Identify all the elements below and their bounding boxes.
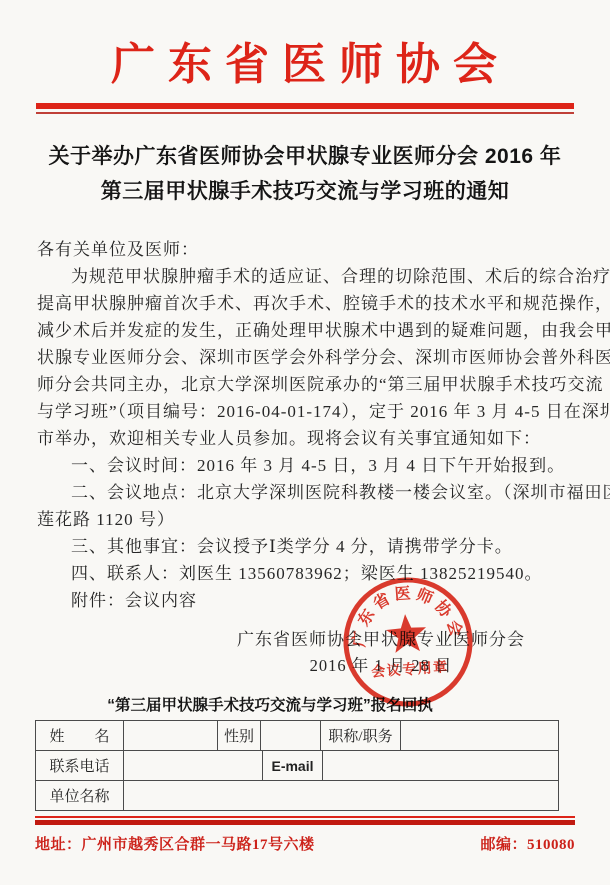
seal-bottom-text: 会议专用章 bbox=[371, 658, 449, 680]
paragraph-line: 师分会共同主办，北京大学深圳医院承办的“第三届甲状腺手术技巧交流 bbox=[37, 371, 573, 398]
table-row: 姓 名 性别 职称/职务 bbox=[36, 721, 558, 750]
title-position-label: 职称/职务 bbox=[321, 721, 401, 750]
name-label: 姓 名 bbox=[36, 721, 124, 750]
name-value-cell bbox=[124, 721, 218, 750]
reply-form-table: 姓 名 性别 职称/职务 联系电话 E-mail 单位名称 bbox=[35, 720, 559, 811]
letterhead-divider bbox=[36, 103, 574, 114]
document-page: 广 东 省 医 师 协 会 关于举办广东省医师协会甲状腺专业医师分会 2016 … bbox=[0, 0, 610, 885]
organization-label: 单位名称 bbox=[36, 781, 124, 810]
footer-thick-line bbox=[35, 820, 575, 825]
page-footer: 地址：广州市越秀区合群一马路17号六楼 邮编：510080 bbox=[35, 816, 575, 854]
list-item-venue-cont: 莲花路 1120 号） bbox=[37, 506, 573, 533]
list-item-venue: 二、会议地点：北京大学深圳医院科教楼一楼会议室。（深圳市福田区 bbox=[37, 479, 573, 506]
paragraph-line: 减少术后并发症的发生，正确处理甲状腺术中遇到的疑难问题，由我会甲 bbox=[37, 317, 573, 344]
list-item-time: 一、会议时间：2016 年 3 月 4-5 日，3 月 4 日下午开始报到。 bbox=[37, 452, 573, 479]
gender-value-cell bbox=[261, 721, 321, 750]
reply-form-title: “第三届甲状腺手术技巧交流与学习班”报名回执 bbox=[0, 695, 610, 717]
phone-value-cell bbox=[124, 751, 263, 780]
divider-thick-line bbox=[36, 103, 574, 109]
footer-postal-code: 邮编：510080 bbox=[480, 833, 575, 854]
salutation: 各有关单位及医师： bbox=[37, 236, 573, 263]
document-title-line1: 关于举办广东省医师协会甲状腺专业医师分会 2016 年 bbox=[0, 139, 610, 174]
list-item-contacts: 四、联系人：刘医生 13560783962；梁医生 13825219540。 bbox=[37, 560, 573, 587]
table-row: 单位名称 bbox=[36, 780, 558, 810]
phone-label: 联系电话 bbox=[36, 751, 124, 780]
list-item-other: 三、其他事宜：会议授予Ⅰ类学分 4 分，请携带学分卡。 bbox=[37, 533, 573, 560]
table-row: 联系电话 E-mail bbox=[36, 750, 558, 780]
document-body: 各有关单位及医师： 为规范甲状腺肿瘤手术的适应证、合理的切除范围、术后的综合治疗… bbox=[37, 236, 573, 614]
paragraph-line: 为规范甲状腺肿瘤手术的适应证、合理的切除范围、术后的综合治疗， bbox=[37, 263, 573, 290]
gender-label: 性别 bbox=[218, 721, 261, 750]
document-title-line2: 第三届甲状腺手术技巧交流与学习班的通知 bbox=[0, 174, 610, 209]
email-value-cell bbox=[323, 751, 558, 780]
footer-thin-line bbox=[35, 816, 575, 818]
paragraph-line: 市举办，欢迎相关专业人员参加。现将会议有关事宜通知如下： bbox=[37, 425, 573, 452]
footer-address: 地址：广州市越秀区合群一马路17号六楼 bbox=[35, 833, 315, 854]
paragraph-line: 提高甲状腺肿瘤首次手术、再次手术、腔镜手术的技术水平和规范操作， bbox=[37, 290, 573, 317]
letterhead-org-name: 广 东 省 医 师 协 会 bbox=[0, 0, 610, 94]
organization-value-cell bbox=[124, 781, 558, 810]
email-label: E-mail bbox=[263, 751, 323, 780]
document-title: 关于举办广东省医师协会甲状腺专业医师分会 2016 年 第三届甲状腺手术技巧交流… bbox=[0, 139, 610, 209]
paragraph-line: 与学习班”（项目编号：2016-04-01-174），定于 2016 年 3 月… bbox=[37, 398, 573, 425]
paragraph-line: 状腺专业医师分会、深圳市医学会外科学分会、深圳市医师协会普外科医 bbox=[37, 344, 573, 371]
seal-star-icon bbox=[385, 613, 428, 654]
title-position-value-cell bbox=[401, 721, 558, 750]
divider-thin-line bbox=[36, 112, 574, 114]
official-seal: 广东省医师协会 会议专用章 bbox=[332, 566, 484, 718]
attachment-note: 附件：会议内容 bbox=[37, 587, 573, 614]
